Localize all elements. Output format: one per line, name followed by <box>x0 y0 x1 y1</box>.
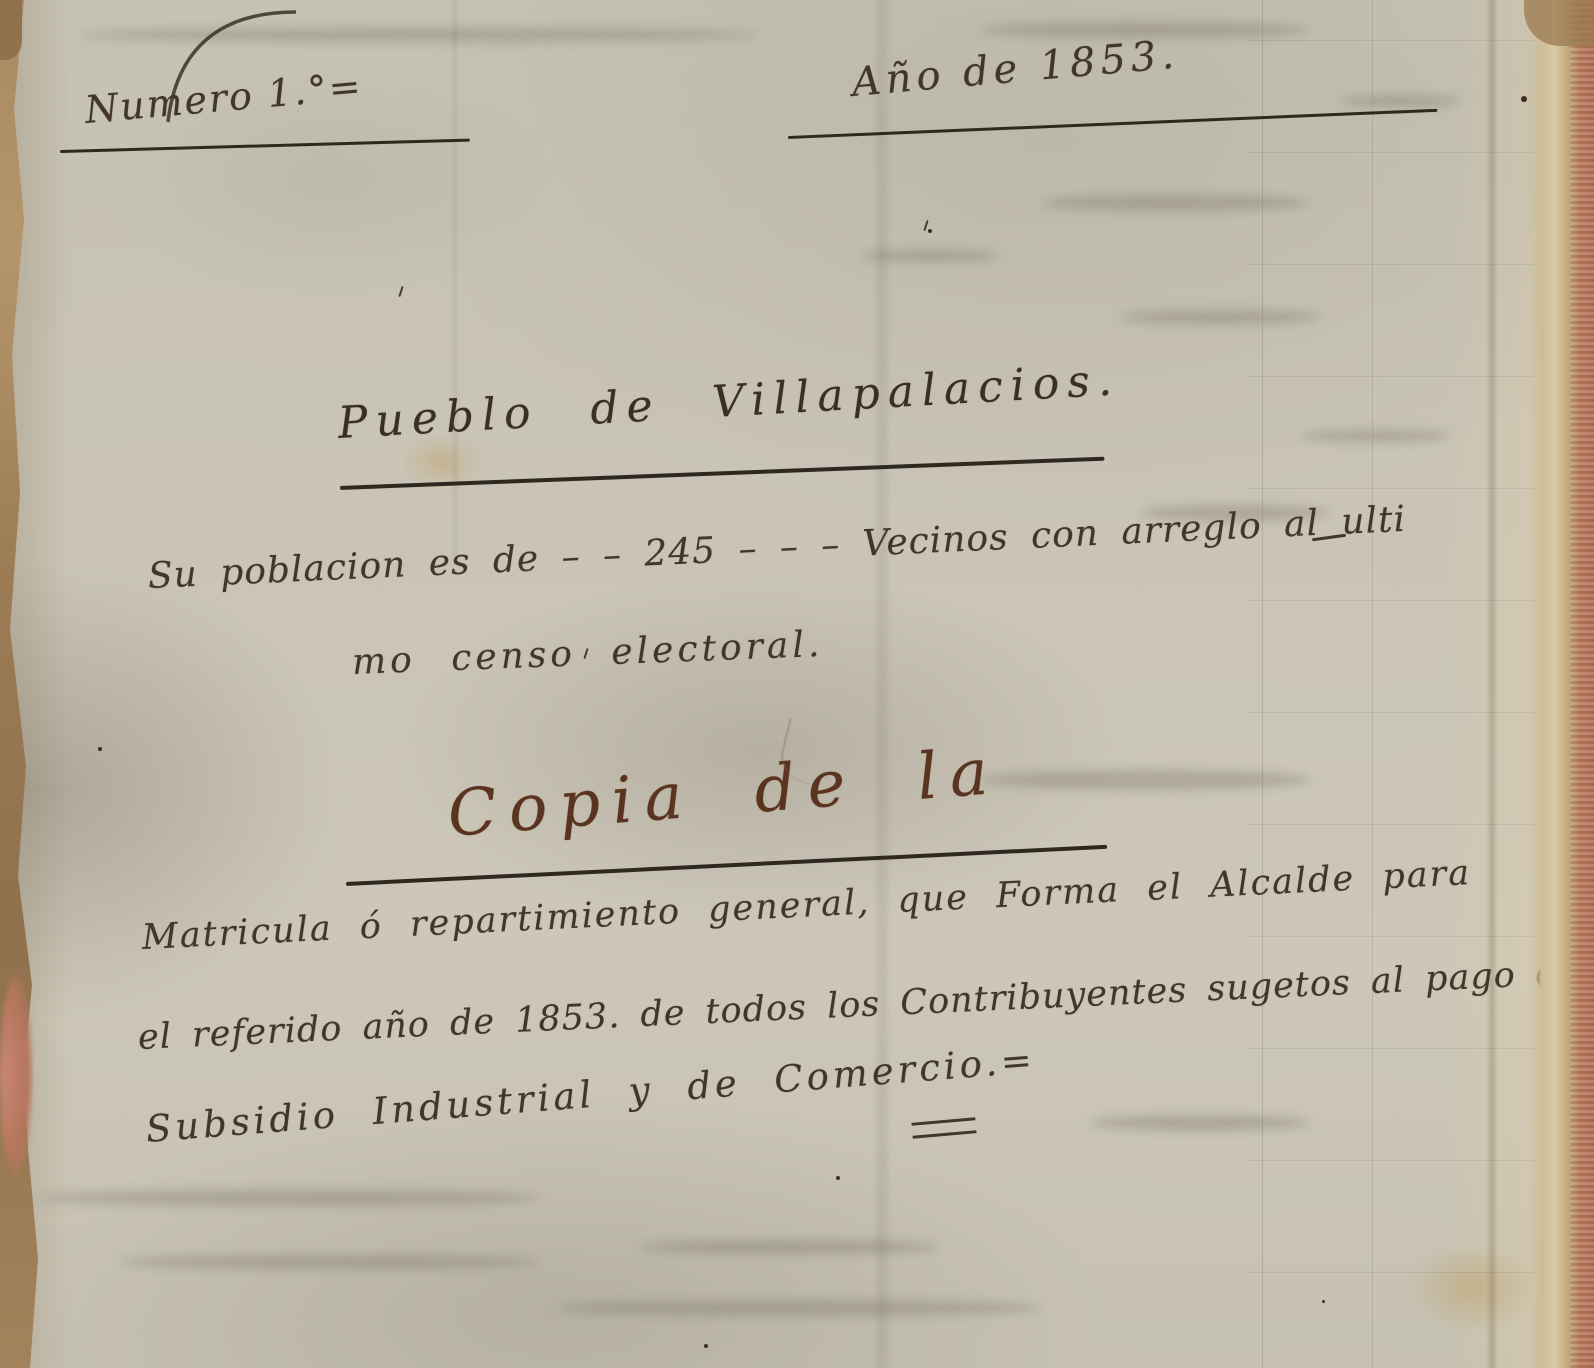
population-line-2: mo censo electoral. <box>351 624 824 683</box>
manuscript-page: Numero 1.°= Año de 1853. Pueblo de Villa… <box>0 0 1594 1368</box>
bleed-through-text <box>80 28 760 42</box>
ink-speck <box>704 1344 708 1348</box>
book-binding-edge <box>0 0 48 1368</box>
bleed-through-text <box>1120 310 1320 324</box>
right-edge-crease <box>1486 0 1498 1368</box>
bleed-through-text <box>860 250 1000 262</box>
center-fold-crease <box>872 0 892 1368</box>
bleed-through-text <box>1040 195 1310 211</box>
population-line-1: Su poblacion es de – – 245 – – – Vecinos… <box>147 499 1407 597</box>
ink-speck <box>1521 96 1527 102</box>
page-stack-edge <box>1528 0 1594 1368</box>
closing-double-dash <box>911 1117 976 1139</box>
binding-pink-patch <box>0 975 32 1175</box>
left-fold-crease <box>450 0 460 560</box>
bleed-through-text <box>120 1255 540 1269</box>
body-text-line-3: Subsidio Industrial y de Comercio.= <box>144 1038 1037 1151</box>
bleed-through-text <box>640 1240 940 1254</box>
number-underline <box>60 139 470 153</box>
ink-speck <box>928 229 932 233</box>
bleed-through-text <box>980 770 1310 790</box>
ink-speck <box>98 747 102 751</box>
bleed-through-text <box>1090 1115 1310 1131</box>
bleed-through-text <box>1340 95 1460 107</box>
ink-speck <box>1322 1300 1325 1303</box>
document-number-line: Numero 1.°= <box>83 64 364 132</box>
top-left-corner-edge <box>0 0 22 60</box>
ink-tick <box>398 286 403 297</box>
document-title: Copia de la <box>445 735 1002 852</box>
town-underline <box>340 457 1105 490</box>
ink-speck <box>836 1176 840 1180</box>
town-name-line: Pueblo de Villapalacios. <box>337 354 1121 449</box>
bleed-through-text <box>1300 430 1450 442</box>
bleed-through-text <box>560 1300 1040 1316</box>
bleed-through-text <box>40 1190 540 1206</box>
year-line: Año de 1853. <box>850 32 1181 106</box>
